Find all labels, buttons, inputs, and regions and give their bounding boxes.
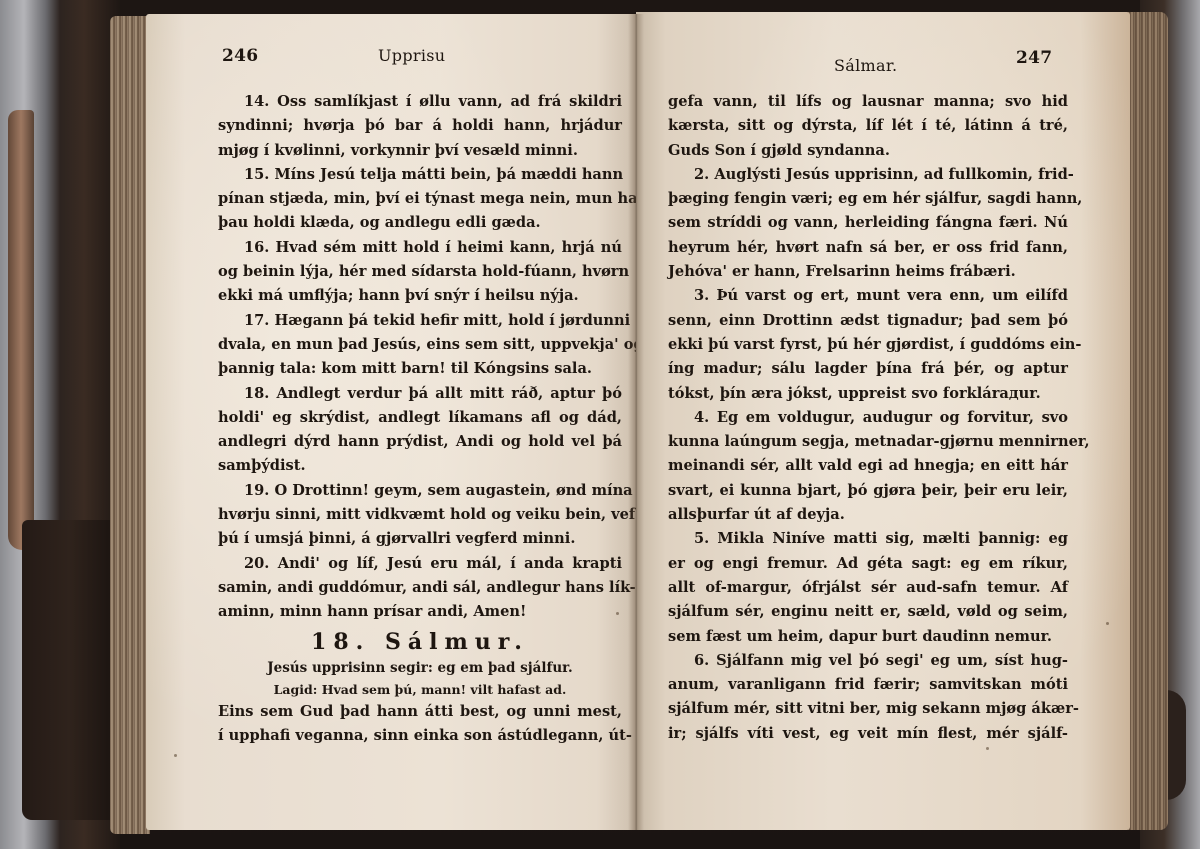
paper-speck xyxy=(1106,622,1109,625)
text-line: sem stríddi og vann, herleiding fángna f… xyxy=(668,211,1068,235)
text-line: aminn, minn hann prísar andi, Amen! xyxy=(218,600,622,624)
text-line: Eins sem Gud þad hann átti best, og unni… xyxy=(218,700,622,724)
text-line: í upphafi veganna, sinn einka son ástúdl… xyxy=(218,724,622,748)
text-line: sjálfum sér, enginu neitt er, sæld, vøld… xyxy=(668,600,1068,624)
text-line: ekki þú varst fyrst, þú hér gjørdist, í … xyxy=(668,333,1068,357)
hymn-subtitle: Jesús upprisinn segir: eg em þad sjálfur… xyxy=(218,657,622,679)
text-line: 20. Andi' og líf, Jesú eru mál, í anda k… xyxy=(218,552,622,576)
text-line: 3. Þú varst og ert, munt vera enn, um ei… xyxy=(668,284,1068,308)
running-title: Upprisu xyxy=(378,46,445,65)
left-book-cover xyxy=(0,0,120,849)
text-line: ir; sjálfs víti vest, eg veit mín flest,… xyxy=(668,722,1068,746)
text-line: hvørju sinni, mitt vidkvæmt hold og veik… xyxy=(218,503,622,527)
text-line: senn, einn Drottinn ædst tignadur; þad s… xyxy=(668,309,1068,333)
paper-speck xyxy=(174,754,177,757)
text-line: kærsta, sitt og dýrsta, líf lét í té, lá… xyxy=(668,114,1068,138)
text-line: Guds Son í gjøld syndanna. xyxy=(668,139,1068,163)
text-line: 2. Auglýsti Jesús upprisinn, ad fullkomi… xyxy=(668,163,1068,187)
text-line: holdi' eg skrýdist, andlegt líkamans afl… xyxy=(218,406,622,430)
text-line: andlegri dýrd hann prýdist, Andi og hold… xyxy=(218,430,622,454)
paper-speck xyxy=(986,747,989,750)
text-line: þú í umsjá þinni, á gjørvallri vegferd m… xyxy=(218,527,622,551)
text-line: þannig tala: kom mitt barn! til Kóngsins… xyxy=(218,357,622,381)
text-line: samin, andi guddómur, andi sál, andlegur… xyxy=(218,576,622,600)
text-line: sjálfum mér, sitt vitni ber, mig sekann … xyxy=(668,697,1068,721)
text-line: sem fæst um heim, dapur burt daudinn nem… xyxy=(668,625,1068,649)
text-line: þæging fengin væri; eg em hér sjálfur, s… xyxy=(668,187,1068,211)
text-line: 6. Sjálfann mig vel þó segi' eg um, síst… xyxy=(668,649,1068,673)
text-line: allt of-margur, ófrjálst sér aud-safn te… xyxy=(668,576,1068,600)
text-line: kunna laúngum segja, metnadar-gjørnu men… xyxy=(668,430,1068,454)
photo-scene: 246 Upprisu 14. Oss samlíkjast í øllu va… xyxy=(0,0,1200,849)
text-line: meinandi sér, allt vald egi ad hnegja; e… xyxy=(668,454,1068,478)
right-page-edges xyxy=(1128,12,1168,830)
text-line: svart, ei kunna bjart, þó gjøra þeir, þe… xyxy=(668,479,1068,503)
text-line: 16. Hvad sém mitt hold í heimi kann, hrj… xyxy=(218,236,622,260)
paper-speck xyxy=(616,612,619,615)
hymn-heading: 18. Sálmur. xyxy=(218,627,622,657)
page-number: 246 xyxy=(222,46,258,66)
text-line: pínan stjæda, min, því ei týnast mega ne… xyxy=(218,187,622,211)
left-page-edges xyxy=(110,16,150,834)
right-page: Sálmar. 247 gefa vann, til lífs og lausn… xyxy=(636,12,1130,830)
text-line: þau holdi klæda, og andlegu edli gæda. xyxy=(218,211,622,235)
text-line: gefa vann, til lífs og lausnar manna; sv… xyxy=(668,90,1068,114)
cover-lower-edge xyxy=(22,520,117,820)
text-line: 18. Andlegt verdur þá allt mitt ráð, apt… xyxy=(218,382,622,406)
text-line: og beinin lýja, hér med sídarsta hold-fú… xyxy=(218,260,622,284)
text-line: allsþurfar út af deyja. xyxy=(668,503,1068,527)
text-line: 4. Eg em voldugur, audugur og forvitur, … xyxy=(668,406,1068,430)
text-line: 17. Hægann þá tekid hefir mitt, hold í j… xyxy=(218,309,622,333)
text-line: samþýdist. xyxy=(218,454,622,478)
left-page: 246 Upprisu 14. Oss samlíkjast í øllu va… xyxy=(146,14,636,830)
text-line: anum, varanligann frid færir; samvitskan… xyxy=(668,673,1068,697)
text-line: 15. Míns Jesú telja mátti bein, þá mæddi… xyxy=(218,163,622,187)
cover-leather-strip xyxy=(8,110,34,550)
text-line: ekki má umflýja; hann því snýr í heilsu … xyxy=(218,284,622,308)
text-line: syndinni; hvørja þó bar á holdi hann, hr… xyxy=(218,114,622,138)
text-line: heyrum hér, hvørt nafn sá ber, er oss fr… xyxy=(668,236,1068,260)
page-number: 247 xyxy=(1016,48,1052,68)
running-title: Sálmar. xyxy=(834,56,897,75)
hymn-melody: Lagid: Hvad sem þú, mann! vilt hafast ad… xyxy=(218,679,622,700)
text-line: 19. O Drottinn! geym, sem augastein, ønd… xyxy=(218,479,622,503)
text-line: tókst, þín æra jókst, uppreist svo forkl… xyxy=(668,382,1068,406)
text-line: dvala, en mun þad Jesús, eins sem sitt, … xyxy=(218,333,622,357)
right-page-body: gefa vann, til lífs og lausnar manna; sv… xyxy=(668,90,1068,746)
text-line: mjøg í kvølinni, vorkynnir því vesæld mi… xyxy=(218,139,622,163)
text-line: er og engi fremur. Ad géta sagt: eg em r… xyxy=(668,552,1068,576)
text-line: íng madur; sálu lagder þína frá þér, og … xyxy=(668,357,1068,381)
text-line: Jehóva' er hann, Frelsarinn heims frábær… xyxy=(668,260,1068,284)
text-line: 14. Oss samlíkjast í øllu vann, ad frá s… xyxy=(218,90,622,114)
text-line: 5. Mikla Niníve matti sig, mælti þannig:… xyxy=(668,527,1068,551)
left-page-body: 14. Oss samlíkjast í øllu vann, ad frá s… xyxy=(218,90,622,748)
